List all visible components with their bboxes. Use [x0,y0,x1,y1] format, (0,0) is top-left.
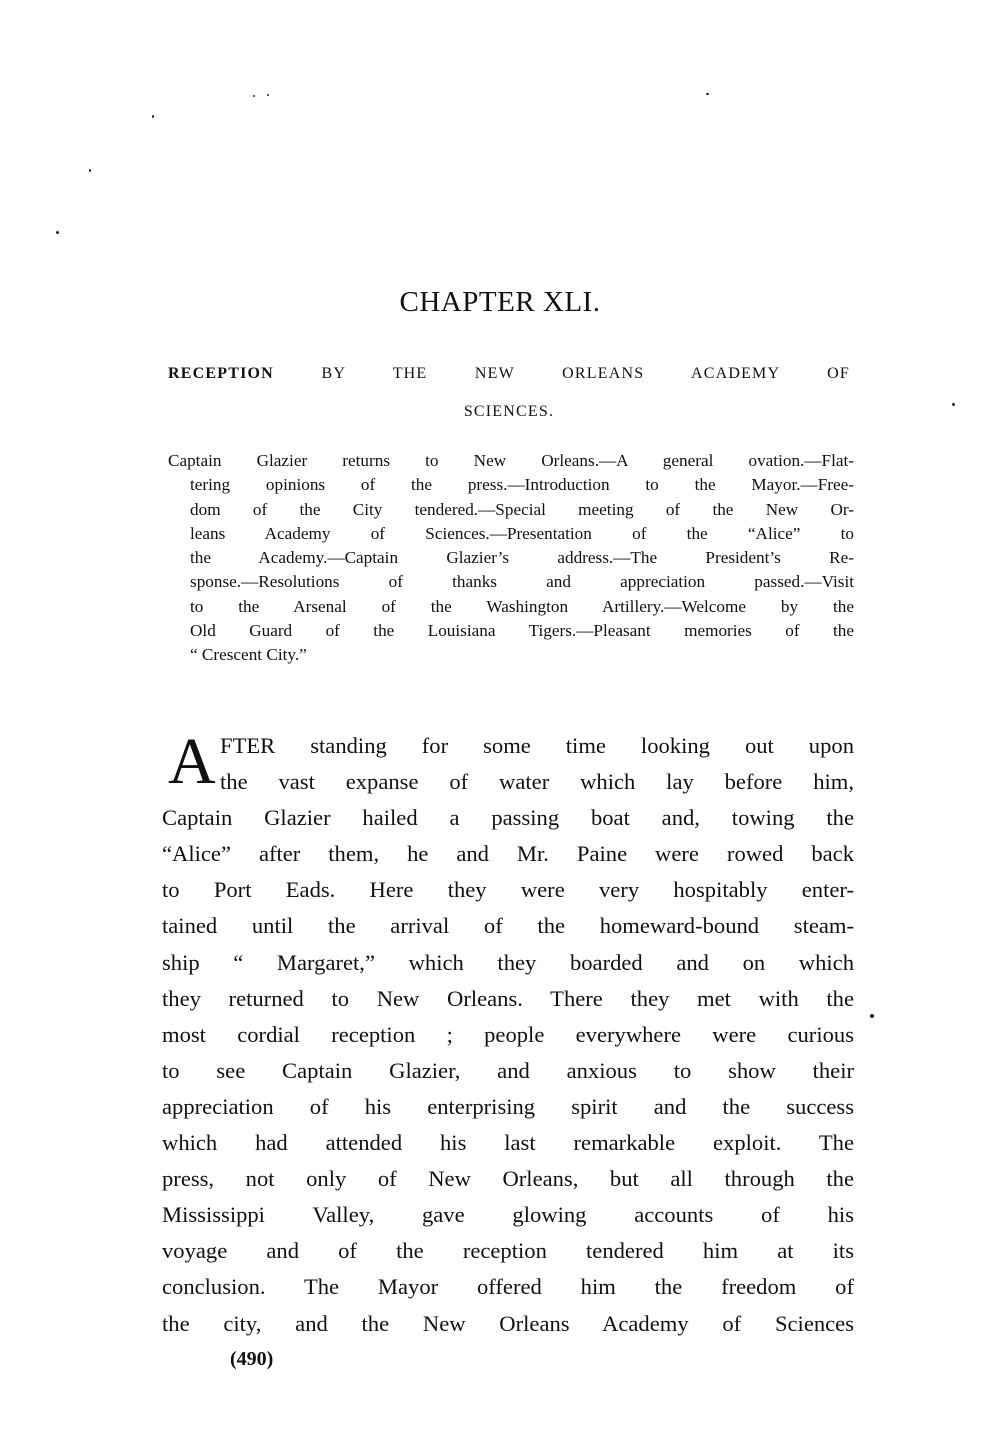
scan-speck [89,169,91,172]
chapter-title: CHAPTER XLI. [0,284,1000,320]
subtitle-rest: by the New Orleans Academy of [321,365,850,382]
body-line: to see Captain Glazier, and anxious to s… [162,1053,854,1089]
book-page: CHAPTER XLI. Reception by the New Orlean… [0,0,1000,1447]
synopsis-line: Old Guard of the Louisiana Tigers.—Pleas… [168,619,854,643]
synopsis-line: to the Arsenal of the Washington Artille… [168,595,854,619]
body-line: voyage and of the reception tendered him… [162,1233,854,1269]
body-paragraph: A FTER standing for some time looking ou… [162,728,854,1342]
synopsis-line: “ Crescent City.” [168,643,854,667]
scan-speck [267,94,269,96]
scan-speck [706,93,709,95]
body-line: FTER standing for some time looking out … [162,728,854,764]
scan-speck [253,95,255,97]
body-line: “Alice” after them, he and Mr. Paine wer… [162,836,854,872]
body-line: which had attended his last remarkable e… [162,1125,854,1161]
synopsis-line: sponse.—Resolutions of thanks and apprec… [168,570,854,594]
page-number: (490) [230,1348,273,1371]
subtitle-lead-word: Reception [168,365,274,382]
body-line: the vast expanse of water which lay befo… [162,764,854,800]
drop-cap: A [168,734,216,790]
body-line: most cordial reception ; people everywhe… [162,1017,854,1053]
synopsis-line: tering opinions of the press.—Introducti… [168,473,854,497]
scan-speck [870,1014,874,1018]
body-line: conclusion. The Mayor offered him the fr… [162,1269,854,1305]
body-line: Captain Glazier hailed a passing boat an… [162,800,854,836]
synopsis-line: Captain Glazier returns to New Orleans.—… [168,449,854,473]
scan-speck [56,231,59,234]
chapter-synopsis: Captain Glazier returns to New Orleans.—… [168,449,854,668]
synopsis-line: leans Academy of Sciences.—Presentation … [168,522,854,546]
body-line: tained until the arrival of the homeward… [162,908,854,944]
body-line: appreciation of his enterprising spirit … [162,1089,854,1125]
subtitle-line-2: Sciences. [168,393,850,431]
body-line: the city, and the New Orleans Academy of… [162,1306,854,1342]
scan-speck [152,115,154,118]
body-line: they returned to New Orleans. There they… [162,981,854,1017]
scan-speck [952,403,955,406]
body-line: press, not only of New Orleans, but all … [162,1161,854,1197]
body-line: to Port Eads. Here they were very hospit… [162,872,854,908]
subtitle-line-1: Reception by the New Orleans Academy of [168,355,850,393]
synopsis-line: dom of the City tendered.—Special meetin… [168,498,854,522]
body-line: Mississippi Valley, gave glowing account… [162,1197,854,1233]
chapter-subtitle: Reception by the New Orleans Academy of … [168,355,850,431]
synopsis-line: the Academy.—Captain Glazier’s address.—… [168,546,854,570]
body-line: ship “ Margaret,” which they boarded and… [162,945,854,981]
